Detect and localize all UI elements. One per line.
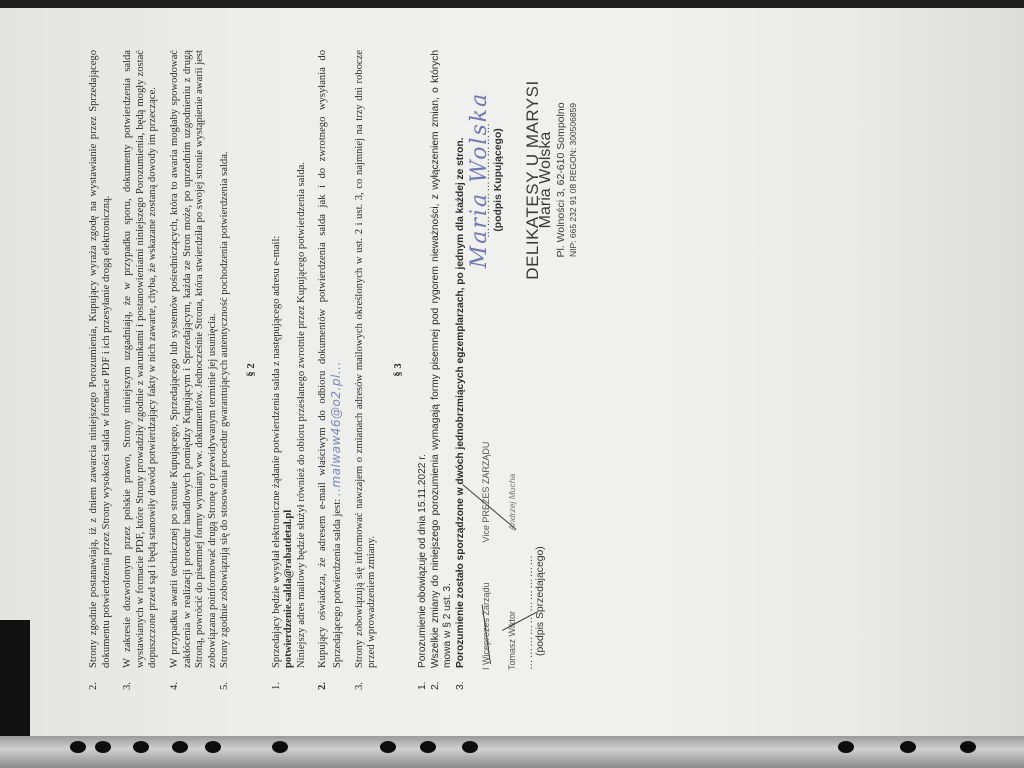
binder-hole — [272, 741, 288, 753]
clause-text: Porozumienie obowiązuje od dnia 15.11.20… — [417, 50, 430, 668]
clause-text: Strony zgodnie zobowiązują się do stosow… — [219, 50, 232, 668]
clause-text: Strony zobowiązują się informować nawzaj… — [354, 50, 379, 668]
clause-number: 3. — [354, 668, 379, 690]
clause-3-1: 1. Porozumienie obowiązuje od dnia 15.11… — [417, 50, 430, 690]
binder-hole — [70, 741, 86, 753]
clause-number: 2. — [317, 668, 344, 690]
section-3-heading: § 3 — [393, 50, 406, 690]
binder-hole — [900, 741, 916, 753]
seller-email: potwierdzenie.salda@rabatdetal.pl — [283, 510, 294, 668]
binder-strip — [0, 736, 1024, 768]
seller-stamp-title-2: Vice PREZES ZARZĄDU — [480, 442, 493, 543]
buyer-signature: Maria Wolska ………………………… (podpis Kupujące… — [474, 60, 580, 300]
clause-number: 1. — [417, 668, 430, 690]
clause-text: W zakresie dozwolonym przez polskie praw… — [122, 50, 160, 668]
binder-hole — [380, 741, 396, 753]
clause-1-4: 4. W przypadku awarii technicznej po str… — [169, 50, 219, 690]
seller-signature-line: ………………………… — [523, 410, 536, 670]
buyer-signature-caption: (podpis Kupującego) — [493, 60, 506, 300]
clause-number: 5. — [219, 668, 232, 690]
buyer-company-stamp: DELIKATESY U MARYSI Maria Wolska Pl. Wol… — [527, 60, 579, 300]
seller-signature: I Wiceprezes Zarządu Tomasz Wiktor Vice … — [480, 410, 548, 670]
clause-number: 4. — [169, 668, 219, 690]
clause-number: 1. — [271, 668, 309, 690]
clause-1-3: 3. W zakresie dozwolonym przez polskie p… — [122, 50, 160, 690]
section-3: 1. Porozumienie obowiązuje od dnia 15.11… — [417, 50, 467, 690]
binder-hole — [133, 741, 149, 753]
clause-text: Sprzedający będzie wysyłał elektroniczne… — [271, 236, 282, 668]
seller-stamp-title-1: I Wiceprezes Zarządu — [480, 582, 493, 670]
binder-hole — [420, 741, 436, 753]
clause-text: Strony zgodnie postanawiają, iż z dniem … — [88, 50, 113, 668]
clause-3-2: 2. Wszelkie zmiany do niniejszego porozu… — [430, 50, 455, 690]
stamp-address: Pl. Wolności 3, 62-610 Sompolno — [555, 60, 568, 300]
binder-hole — [95, 741, 111, 753]
section1-continuation: 2. Strony zgodnie postanawiają, iż z dni… — [88, 50, 232, 690]
clause-text: W przypadku awarii technicznej po stroni… — [169, 50, 219, 668]
section-2: 1. Sprzedający będzie wysyłał elektronic… — [271, 50, 379, 690]
clause-3-3: 3. Porozumienie zostało sporządzone w dw… — [455, 50, 468, 690]
binder-hole — [462, 741, 478, 753]
binder-hole — [205, 741, 221, 753]
binder-hole — [172, 741, 188, 753]
clause-2-2: 2. Kupujący oświadcza, że adresem e-mail… — [317, 50, 344, 690]
clause-number: 3. — [122, 668, 160, 690]
document-page: 2. Strony zgodnie postanawiają, iż z dni… — [88, 50, 808, 690]
binder-hole — [960, 741, 976, 753]
clause-2-1: 1. Sprzedający będzie wysyłał elektronic… — [271, 50, 309, 690]
clause-text: Wszelkie zmiany do niniejszego porozumie… — [430, 50, 455, 668]
seller-signature-caption: (podpis Sprzedającego) — [535, 410, 548, 656]
clause-text: Kupujący oświadcza, że adresem e-mail wł… — [317, 50, 343, 668]
binder-hole — [838, 741, 854, 753]
seller-stamp-name-2: Andrzej Mucha — [506, 442, 519, 531]
clause-text: Porozumienie zostało sporządzone w dwóch… — [455, 50, 468, 668]
clause-number: 3. — [455, 668, 468, 690]
section-2-heading: § 2 — [246, 50, 259, 690]
clause-2-3: 3. Strony zobowiązują się informować naw… — [354, 50, 379, 690]
signature-block: I Wiceprezes Zarządu Tomasz Wiktor Vice … — [474, 50, 634, 690]
buyer-email-handwritten: ..malwaw46@o2.pl... — [329, 361, 343, 496]
clause-1-2: 2. Strony zgodnie postanawiają, iż z dni… — [88, 50, 113, 690]
binder-edge — [0, 620, 30, 740]
clause-1-5: 5. Strony zgodnie zobowiązują się do sto… — [219, 50, 232, 690]
stamp-tax-ids: NIP: 665 232 91 08 REGON: 300506859 — [567, 60, 580, 300]
clause-number: 2. — [88, 668, 113, 690]
clause-text: Niniejszy adres mailowy będzie służył ró… — [296, 162, 307, 668]
clause-number: 2. — [430, 668, 455, 690]
